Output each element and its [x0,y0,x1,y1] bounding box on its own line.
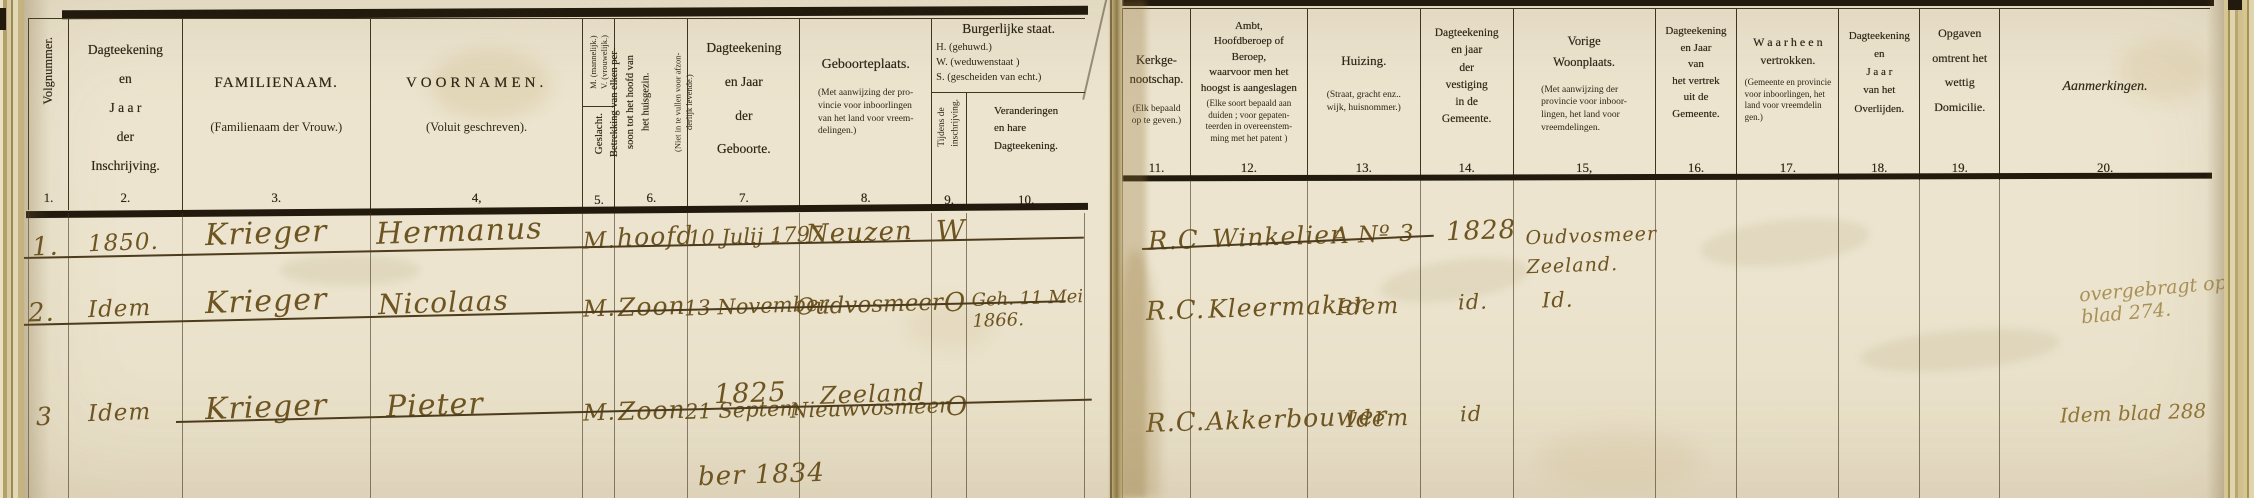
col-huizing-sub: (Straat, gracht enz.. wijk, huisnommer.) [1327,89,1401,116]
col-vestiging-title: Dagteekening en jaar der vestiging in de… [1435,25,1499,129]
top-border-rule-right-page [1122,0,2214,6]
col-waarheen: W a a r h e e n vertrokken. (Gemeente en… [1737,9,1839,180]
col-aanmerkingen: Aanmerkingen. 20. [2000,9,2210,180]
book-edge-left [0,0,24,498]
data-col [183,213,371,498]
row3-huizing: Idem [1346,405,1410,434]
row1-burgerlijke-staat: W [935,213,966,247]
book-edge-right [2224,0,2254,498]
col-overlijden-title: Dagteekening en J a a r van het Overlijd… [1849,27,1910,118]
col-veranderingen-title: Veranderingen en hare Dagteekening. [994,103,1058,156]
row1-geslacht: M. [583,227,617,255]
col-veranderingen: Veranderingen en hare Dagteekening. 10. [967,93,1085,210]
col-betrekking-title: Betrekking van elken per- soon tot het h… [607,23,654,181]
row2-familienaam: Krieger [204,282,328,322]
data-col [932,213,967,498]
col-overlijden: Dagteekening en J a a r van het Overlijd… [1839,9,1920,180]
col-number: 4, [472,190,482,208]
row1-geboorteplaats: Neuzen [805,216,913,250]
col-beroep-title: Ambt, Hoofdberoep of Beroep, waarvoor me… [1201,19,1297,96]
data-col [800,213,932,498]
row2-dagteekening: Idem [88,295,152,324]
col-domicilie: Opgaven omtrent het wettig Domicilie. 19… [1920,9,2000,180]
row1-voornamen: Hermanus [375,211,543,252]
data-col [967,213,1085,498]
data-col [583,213,615,498]
register-scan: Volgnummer. 1. Dagteekening en J a a r d… [0,0,2254,498]
burgerlijke-staat-title: Burgerlijke staat. [936,21,1081,37]
data-col [1920,180,2000,498]
col-vertrek: Dagteekening en Jaar van het vertrek uit… [1656,9,1738,180]
header-right-page: Kerkge- nootschap. (Elk bepaald op te ge… [1122,8,2210,180]
row1-geboorte: 10 Julij 1797 [688,222,824,251]
corner-mark-top-right [2228,0,2242,10]
header-left-page: Volgnummer. 1. Dagteekening en J a a r d… [28,18,1085,210]
col-domicilie-title: Opgaven omtrent het wettig Domicilie. [1932,21,1987,119]
col-betrekking: Betrekking van elken per- soon tot het h… [615,19,688,210]
col-vertrek-title: Dagteekening en Jaar van het vertrek uit… [1665,23,1726,122]
data-col [688,213,800,498]
row2-betrekking: Zoon [618,291,687,323]
col-geboortedatum: Dagteekening en Jaar der Geboorte. 7. [688,19,800,210]
col-geboorteplaats-sub: (Met aanwijzing der pro- vincie voor inb… [818,87,914,138]
row1-beroep: Winkelier [1212,220,1344,254]
data-col [371,213,584,498]
col-vorige-woonplaats-sub: (Met aanwijzing der provincie voor inboo… [1541,84,1627,135]
col-number: 3. [271,190,281,208]
left-page-shadow [24,0,50,498]
row3-geboorte-vervolg: ber 1834 [698,458,826,493]
row1-vestiging: 1828 [1445,215,1516,248]
col-vorige-woonplaats: Vorige Woonplaats. (Met aanwijzing der p… [1514,9,1656,180]
col-group-burgerlijke-staat: Burgerlijke staat. H. (gehuwd.) W. (wedu… [932,19,1085,210]
row3-burgerlijke-staat: O [945,392,968,423]
left-page-edge-line [1110,0,1112,498]
data-col [2000,180,2210,498]
data-col [1737,180,1839,498]
row1-vorige-woonplaats: Oudvosmeer Zeeland. [1525,220,1658,282]
col-staat-tijdens-title: Tijdens de inschrijving. [936,99,963,147]
row3-geslacht: M. [583,399,617,427]
col-inschrijving-title: Dagteekening en J a a r der Inschrijving… [88,35,163,180]
row3-voornamen: Pieter [385,386,484,425]
row3-geboorte: 21 Septem [685,396,800,425]
col-voornamen-title: VOORNAMEN. [406,75,547,92]
col-familienaam: FAMILIENAAM. (Familienaam der Vrouw.) 3. [183,19,371,210]
col-waarheen-title: W a a r h e e n vertrokken. [1753,33,1822,69]
col-geboorteplaats: Geboorteplaats. (Met aanwijzing der pro-… [800,19,932,210]
col-vorige-woonplaats-title: Vorige Woonplaats. [1553,31,1615,74]
burgerlijke-staat-head: Burgerlijke staat. H. (gehuwd.) W. (wedu… [932,19,1085,93]
col-waarheen-sub: (Gemeente en provincie voor inboorlingen… [1745,77,1831,124]
data-col [1839,180,1920,498]
col-staat-tijdens: Tijdens de inschrijving. 9. [932,93,967,210]
row3-dagteekening: Idem [88,399,152,428]
burgerlijke-staat-legend: H. (gehuwd.) W. (weduwenstaat ) S. (gesc… [936,40,1081,86]
corner-mark-top-left [0,8,6,30]
row3-vestiging: id [1460,402,1483,428]
col-huizing-title: Huizing. [1341,53,1386,69]
col-huizing: Huizing. (Straat, gracht enz.. wijk, hui… [1308,9,1421,180]
col-geboortedatum-title: Dagteekening en Jaar der Geboorte. [706,31,781,166]
right-page-shadow [2206,0,2224,498]
col-geboorteplaats-title: Geboorteplaats. [822,57,910,73]
row2-vestiging: id. [1458,289,1489,315]
col-familienaam-title: FAMILIENAAM. [214,75,338,92]
row1-familienaam: Krieger [204,214,328,254]
col-number: 2. [121,190,131,208]
row2-huizing: Idem [1336,293,1400,322]
col-voornamen-sub: (Voluit geschreven). [426,120,527,135]
col-vestiging: Dagteekening en jaar der vestiging in de… [1421,9,1514,180]
data-col [1656,180,1738,498]
col-beroep-sub: (Elke soort bepaald aan duiden ; voor ge… [1206,98,1292,145]
page-corner-fold [1082,0,1108,100]
data-col [615,213,688,498]
row1-betrekking: hoofd [617,221,694,253]
col-aanmerkingen-title: Aanmerkingen. [2063,79,2148,95]
row2-veranderingen: Geh. 11 Mei 1866. [971,286,1084,332]
col-beroep: Ambt, Hoofdberoep of Beroep, waarvoor me… [1191,9,1308,180]
col-familienaam-sub: (Familienaam der Vrouw.) [210,120,342,135]
row1-kerkgenootschap: R.C [1147,225,1199,257]
col-inschrijving: Dagteekening en J a a r der Inschrijving… [69,19,183,210]
row2-vorige-woonplaats: Id. [1542,287,1574,313]
col-voornamen: VOORNAMEN. (Voluit geschreven). 4, [371,19,584,210]
